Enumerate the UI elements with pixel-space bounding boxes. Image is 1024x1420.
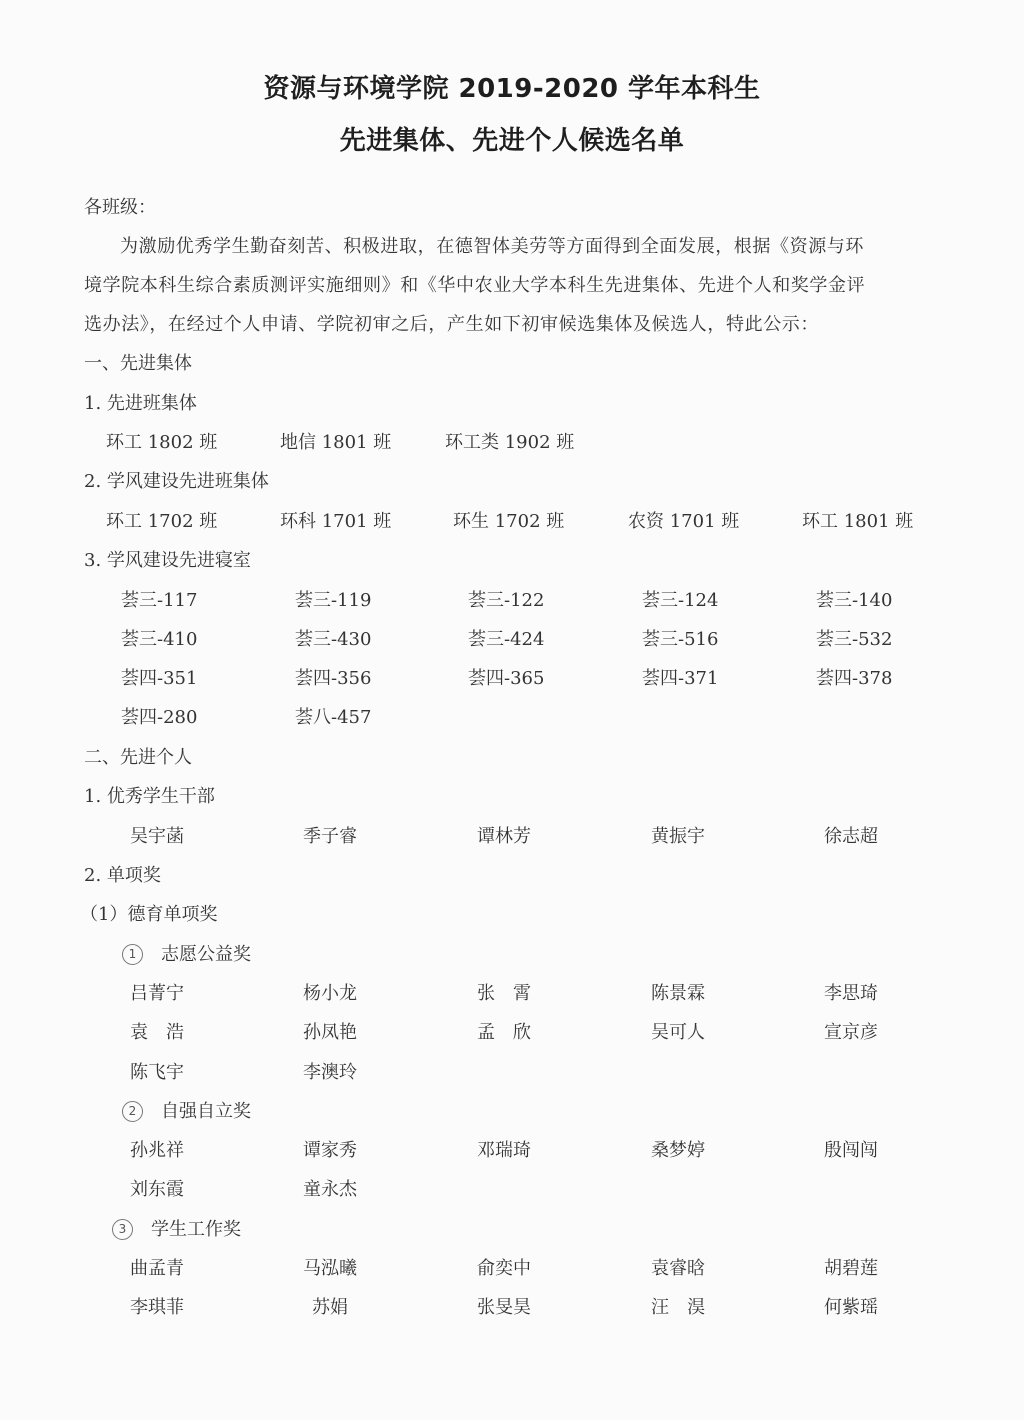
advanced-class-heading: 1. 先进班集体 <box>84 392 197 416</box>
dorm-row: 荟三-117 荟三-119 荟三-122 荟三-124 荟三-140 <box>0 589 1024 613</box>
student-cadre-list: 吴宇菡 季子睿 谭林芳 黄振宇 徐志超 <box>0 825 1024 849</box>
list-item: 徐志超 <box>824 825 878 849</box>
list-item: 农资 1701 班 <box>628 510 739 534</box>
list-item: 孟 欣 <box>477 1021 531 1045</box>
list-item: 吕菁宁 <box>130 982 184 1006</box>
list-item: 荟三-119 <box>295 589 371 613</box>
list-item: 孙凤艳 <box>303 1021 357 1045</box>
list-item: 荟四-351 <box>121 667 197 691</box>
list-item: 杨小龙 <box>303 982 357 1006</box>
list-item: 刘东霞 <box>130 1178 184 1202</box>
list-item: 殷闯闯 <box>824 1139 878 1163</box>
dorm-heading: 3. 学风建设先进寝室 <box>84 549 251 573</box>
document-title-line2: 先进集体、先进个人候选名单 <box>0 120 1024 157</box>
advanced-class-list: 环工 1802 班 地信 1801 班 环工类 1902 班 <box>0 431 1024 455</box>
list-item: 荟四-371 <box>642 667 718 691</box>
list-item: 荟四-365 <box>468 667 544 691</box>
list-item: 何紫瑶 <box>824 1296 878 1320</box>
list-item: 荟三-532 <box>816 628 892 652</box>
list-item: 环工类 1902 班 <box>445 431 574 455</box>
dorm-row: 荟四-280 荟八-457 <box>0 706 1024 730</box>
document-title-line1: 资源与环境学院 2019-2020 学年本科生 <box>0 68 1024 105</box>
salutation: 各班级： <box>84 196 156 220</box>
list-item: 荟三-140 <box>816 589 892 613</box>
list-item: 俞奕中 <box>477 1257 531 1281</box>
study-style-class-heading: 2. 学风建设先进班集体 <box>84 470 269 494</box>
list-item: 宣京彦 <box>824 1021 878 1045</box>
self-reliance-row: 刘东霞 童永杰 <box>0 1178 1024 1202</box>
list-item: 吴宇菡 <box>130 825 184 849</box>
circled-number-icon: 3 <box>112 1219 133 1240</box>
student-work-row: 李琪菲 苏娟 张旻昊 汪 淏 何紫瑶 <box>0 1296 1024 1320</box>
circled-number-icon: 1 <box>122 944 143 965</box>
self-reliance-award-label: 自强自立奖 <box>161 1101 251 1122</box>
document-page: 资源与环境学院 2019-2020 学年本科生 先进集体、先进个人候选名单 各班… <box>0 0 1024 1420</box>
intro-line-2: 境学院本科生综合素质测评实施细则》和《华中农业大学本科生先进集体、先进个人和奖学… <box>84 274 865 298</box>
student-work-award-label: 学生工作奖 <box>151 1219 241 1240</box>
list-item: 胡碧莲 <box>824 1257 878 1281</box>
list-item: 荟三-424 <box>468 628 544 652</box>
list-item: 黄振宇 <box>651 825 705 849</box>
volunteer-row: 袁 浩 孙凤艳 孟 欣 吴可人 宣京彦 <box>0 1021 1024 1045</box>
list-item: 李琪菲 <box>130 1296 184 1320</box>
list-item: 谭家秀 <box>303 1139 357 1163</box>
dorm-row: 荟四-351 荟四-356 荟四-365 荟四-371 荟四-378 <box>0 667 1024 691</box>
list-item: 环科 1701 班 <box>280 510 391 534</box>
list-item: 张 霄 <box>477 982 531 1006</box>
list-item: 童永杰 <box>303 1178 357 1202</box>
list-item: 季子睿 <box>303 825 357 849</box>
self-reliance-award-heading: 2自强自立奖 <box>122 1100 251 1124</box>
intro-line-1: 为激励优秀学生勤奋刻苦、积极进取，在德智体美劳等方面得到全面发展，根据《资源与环 <box>120 235 864 259</box>
circled-number-icon: 2 <box>122 1101 143 1122</box>
list-item: 荟三-410 <box>121 628 197 652</box>
list-item: 荟三-122 <box>468 589 544 613</box>
list-item: 汪 淏 <box>651 1296 705 1320</box>
list-item: 李澳玲 <box>303 1061 357 1085</box>
self-reliance-row: 孙兆祥 谭家秀 邓瑞琦 桑梦婷 殷闯闯 <box>0 1139 1024 1163</box>
list-item: 环工 1802 班 <box>106 431 217 455</box>
list-item: 马泓曦 <box>303 1257 357 1281</box>
dorm-row: 荟三-410 荟三-430 荟三-424 荟三-516 荟三-532 <box>0 628 1024 652</box>
list-item: 陈景霖 <box>651 982 705 1006</box>
student-work-award-heading: 3学生工作奖 <box>112 1218 241 1242</box>
study-style-class-list: 环工 1702 班 环科 1701 班 环生 1702 班 农资 1701 班 … <box>0 510 1024 534</box>
list-item: 荟四-280 <box>121 706 197 730</box>
list-item: 环工 1702 班 <box>106 510 217 534</box>
list-item: 荟三-124 <box>642 589 718 613</box>
volunteer-row: 陈飞宇 李澳玲 <box>0 1061 1024 1085</box>
intro-line-3: 选办法》，在经过个人申请、学院初审之后，产生如下初审候选集体及候选人，特此公示： <box>84 313 819 337</box>
list-item: 环工 1801 班 <box>802 510 913 534</box>
list-item: 荟三-430 <box>295 628 371 652</box>
section2-heading: 二、先进个人 <box>84 746 192 770</box>
list-item: 邓瑞琦 <box>477 1139 531 1163</box>
list-item: 袁睿晗 <box>651 1257 705 1281</box>
list-item: 袁 浩 <box>130 1021 184 1045</box>
list-item: 荟三-516 <box>642 628 718 652</box>
list-item: 桑梦婷 <box>651 1139 705 1163</box>
volunteer-row: 吕菁宁 杨小龙 张 霄 陈景霖 李思琦 <box>0 982 1024 1006</box>
list-item: 曲孟青 <box>130 1257 184 1281</box>
student-work-row: 曲孟青 马泓曦 俞奕中 袁睿晗 胡碧莲 <box>0 1257 1024 1281</box>
section1-heading: 一、先进集体 <box>84 352 192 376</box>
volunteer-award-label: 志愿公益奖 <box>161 944 251 965</box>
list-item: 李思琦 <box>824 982 878 1006</box>
student-cadre-heading: 1. 优秀学生干部 <box>84 785 215 809</box>
list-item: 荟三-117 <box>121 589 197 613</box>
list-item: 孙兆祥 <box>130 1139 184 1163</box>
single-award-heading: 2. 单项奖 <box>84 864 161 888</box>
volunteer-award-heading: 1志愿公益奖 <box>122 943 251 967</box>
list-item: 陈飞宇 <box>130 1061 184 1085</box>
list-item: 荟四-356 <box>295 667 371 691</box>
moral-award-heading: （1）德育单项奖 <box>80 903 217 927</box>
list-item: 苏娟 <box>312 1296 348 1320</box>
list-item: 荟四-378 <box>816 667 892 691</box>
list-item: 地信 1801 班 <box>280 431 391 455</box>
list-item: 吴可人 <box>651 1021 705 1045</box>
list-item: 荟八-457 <box>295 706 371 730</box>
list-item: 谭林芳 <box>477 825 531 849</box>
list-item: 环生 1702 班 <box>453 510 564 534</box>
list-item: 张旻昊 <box>477 1296 531 1320</box>
